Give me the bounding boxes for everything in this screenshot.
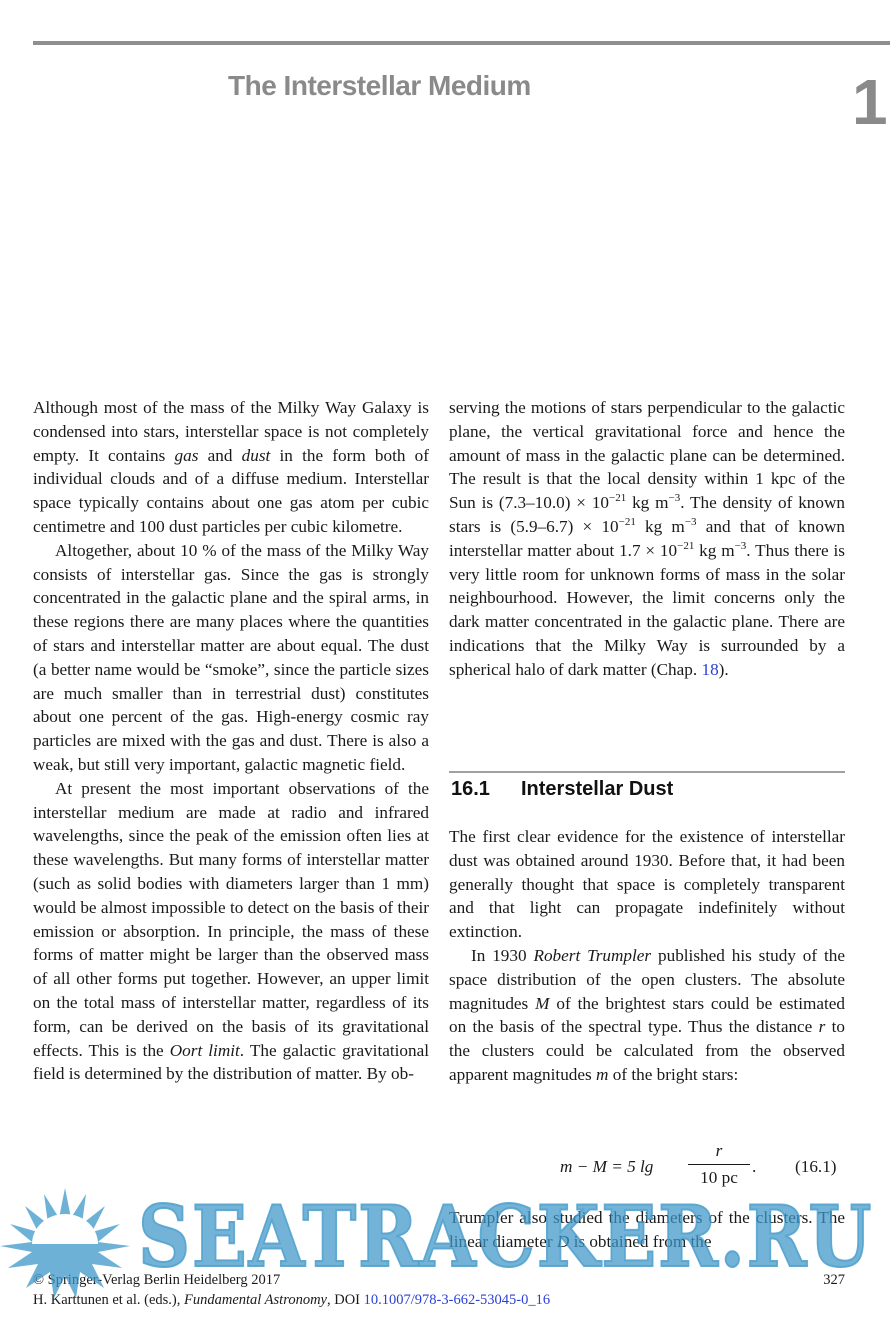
section-title: Interstellar Dust [521,778,673,800]
text: is obtained from the [569,1232,711,1251]
text: , DOI [327,1292,364,1308]
chapter-18-link[interactable]: 18 [701,660,718,679]
superscript: −21 [677,540,694,552]
section-number: 16.1 [451,778,521,801]
text: and [198,446,241,465]
equation-period: . [752,1157,756,1177]
chapter-title: The Interstellar Medium [228,70,531,102]
top-rule [33,41,890,45]
superscript: −3 [685,516,697,528]
equation-lhs: m − M = 5 lg [560,1157,653,1177]
chapter-number: 1 [852,70,888,134]
right-column-bottom: Trumpler also studied the diameters of t… [449,1206,845,1254]
fraction-numerator: r [688,1140,750,1162]
paragraph-trumpler: In 1930 Robert Trumpler published his st… [449,944,845,1087]
text: . Thus there is very little room for unk… [449,541,845,679]
paragraph-diameters: Trumpler also studied the diameters of t… [449,1206,845,1254]
emphasis-gas: gas [175,446,199,465]
emphasis-D: D [557,1232,569,1251]
emphasis-oort-limit: Oort limit [170,1041,240,1060]
text: ). [719,660,729,679]
fraction-bar [688,1164,750,1165]
paragraph-dust-evidence: The first clear evidence for the existen… [449,825,845,944]
copyright: © Springer-Verlag Berlin Heidelberg 2017 [33,1270,845,1290]
section-rule [449,771,845,773]
text: of the bright stars: [608,1065,738,1084]
right-column-top: serving the motions of stars perpendicul… [449,396,845,682]
text: kg m [626,493,668,512]
emphasis-m: m [596,1065,608,1084]
section-heading: 16.1Interstellar Dust [451,778,673,801]
text: m − M = 5 lg [560,1157,653,1176]
text: kg m [694,541,734,560]
equation-16-1: m − M = 5 lg r 10 pc . (16.1) [560,1140,850,1196]
emphasis-robert-trumpler: Robert Trumpler [533,946,651,965]
right-column-section: The first clear evidence for the existen… [449,825,845,1087]
text: At present the most important observatio… [33,779,429,1060]
text: kg m [636,517,685,536]
superscript: −3 [735,540,747,552]
fraction-denominator: 10 pc [688,1167,750,1189]
doi-link[interactable]: 10.1007/978-3-662-53045-0_16 [364,1292,550,1308]
paragraph-observations: At present the most important observatio… [33,777,429,1086]
paragraph-intro: Although most of the mass of the Milky W… [33,396,429,539]
emphasis-dust: dust [242,446,271,465]
superscript: −21 [609,492,626,504]
equation-number: (16.1) [795,1157,837,1177]
superscript: −3 [668,492,680,504]
equation-fraction: r 10 pc [688,1140,750,1189]
emphasis-M: M [535,994,549,1013]
text: In 1930 [471,946,533,965]
left-column: Although most of the mass of the Milky W… [33,396,429,1086]
paragraph-observations-cont: serving the motions of stars perpendicul… [449,396,845,682]
book-title: Fundamental Astronomy [184,1292,327,1308]
superscript: −21 [619,516,636,528]
paragraph-gas-mass: Altogether, about 10 % of the mass of th… [33,539,429,777]
footer: © Springer-Verlag Berlin Heidelberg 2017… [33,1270,845,1310]
text: H. Karttunen et al. (eds.), [33,1292,184,1308]
citation: H. Karttunen et al. (eds.), Fundamental … [33,1290,845,1310]
page-number: 327 [823,1270,845,1290]
